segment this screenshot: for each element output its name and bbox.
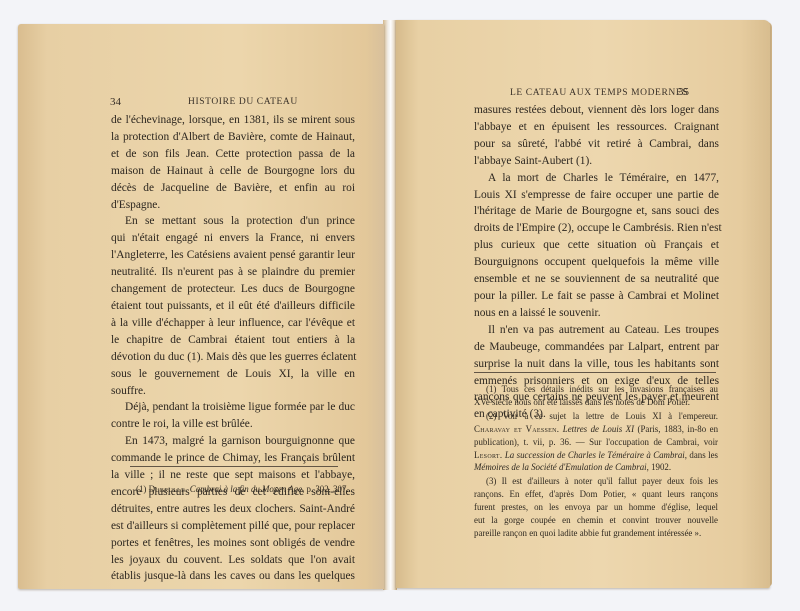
text-line: plus curieux que cette situation où Fran… (474, 237, 719, 254)
page-number: 34 (110, 96, 121, 108)
footnote-title: Lettres de Louis XI (563, 424, 634, 434)
running-head: HISTOIRE DU CATEAU (188, 97, 298, 107)
right-page: LE CATEAU AUX TEMPS MODERNES 35 masures … (396, 20, 770, 588)
text-line: le chapitre de Cambrai étaient tout enti… (111, 332, 355, 349)
text-line: A la mort de Charles le Téméraire, en 14… (474, 170, 719, 187)
footnote-1: (1) Dubrulle. Cambrai à la fin du Moyen … (136, 483, 366, 496)
text-line: souffre. (111, 383, 355, 400)
footnote-line: Charavay et Vaessen. Lettres de Louis XI… (474, 423, 718, 436)
footnote-line: rançons. En effet, d'après Dom Potier, «… (474, 488, 718, 501)
text-line: établis jusque-là dans les caves ou dans… (111, 568, 355, 585)
footnote-text: , dans les (685, 450, 718, 460)
text-line: dévotion du duc (1). Mais dès que les gu… (111, 349, 355, 366)
text-line: Il n'en va pas autrement au Cateau. Les … (474, 322, 719, 339)
footnote-marker: (1) (136, 484, 146, 494)
text-line: l'héritage de Marie de Bourgogne et, san… (474, 203, 719, 220)
text-line: surprise la nuit dans la ville, tous les… (474, 356, 719, 373)
text-line: de Maubeuge, commandées par Lalpart, ent… (474, 339, 719, 356)
text-line: pour la piller. Le fait se passe à Cambr… (474, 288, 719, 305)
footnote-line: XVe siècle nous ont été laissés dans les… (474, 396, 718, 409)
text-line: et de son fils Jean. Cette protection pa… (111, 146, 355, 163)
footnote-line: (1) Tous ces détails inédits sur les inv… (474, 383, 718, 396)
footnote-line: furent prestes, on les envoya par un hom… (474, 501, 718, 514)
right-footnotes: (1) Tous ces détails inédits sur les inv… (474, 383, 718, 540)
text-line: la protection d'Albert de Bavière, comte… (111, 129, 355, 146)
running-head: LE CATEAU AUX TEMPS MODERNES (510, 88, 688, 98)
text-line: Déjà, pendant la troisième ligue formée … (111, 399, 355, 416)
text-line: est d'ailleurs si complètement pillé que… (111, 518, 355, 535)
text-line: Louis XI s'empresse de faire occuper une… (474, 187, 719, 204)
footnote-1: (1) Tous ces détails inédits sur les inv… (474, 383, 718, 409)
text-line: de l'échevinage, lorsque, en 1381, ils s… (111, 112, 355, 129)
left-body-text: de l'échevinage, lorsque, en 1381, ils s… (111, 112, 355, 585)
footnote-line: Lesort. La succession de Charles le Témé… (474, 449, 718, 462)
text-line: ensemble et ne se souviennent de sa neut… (474, 271, 719, 288)
text-line: l'abbaye Saint-Aubert (1). (474, 153, 719, 170)
footnote-3: (3) Il est d'ailleurs à noter qu'il fall… (474, 475, 718, 540)
text-line: les joyaux du couvent. Les soldats que l… (111, 552, 355, 569)
text-line: décès de Jacqueline de Bavière, et enfin… (111, 180, 355, 197)
footnote-rule (130, 466, 338, 467)
footnote-author: Charavay et Vaessen. (474, 424, 559, 434)
footnote-title: Cambrai à la fin du Moyen Age (190, 484, 302, 494)
text-line: changement de protecteur. Les ducs de Bo… (111, 281, 355, 298)
text-line: à la ville d'échapper à leur influence, … (111, 315, 355, 332)
left-footnotes: (1) Dubrulle. Cambrai à la fin du Moyen … (136, 483, 366, 496)
text-line: Bourguignons occupent quelquefois la mêm… (474, 254, 719, 271)
text-line: détruites, entre autres les deux clocher… (111, 501, 355, 518)
footnote-line: pareille rançon en quoi ladite abbie fut… (474, 527, 718, 540)
text-line: masures restées debout, viennent dès lor… (474, 102, 719, 119)
text-line: droits de l'Empire (2), occupe le Cambré… (474, 220, 719, 237)
text-line: pour sa sûreté, l'abbé vit retiré à Camb… (474, 136, 719, 153)
right-body-text: masures restées debout, viennent dès lor… (474, 102, 719, 423)
text-line: sous le gouvernement de Louis XI, la vil… (111, 366, 355, 383)
footnote-line: eut la gorge coupée en chemin et convint… (474, 514, 718, 527)
text-line: En 1473, malgré la garnison bourguignonn… (111, 433, 355, 450)
footnote-pages: , p. 302, 307. (302, 484, 349, 494)
text-line: étaient tout puissants, et il eût été d'… (111, 298, 355, 315)
text-line: portes et fenêtres, les moines sont obli… (111, 535, 355, 552)
left-page: 34 HISTOIRE DU CATEAU de l'échevinage, l… (18, 24, 384, 589)
footnote-author: Dubrulle. (149, 484, 188, 494)
footnote-line: Mémoires de la Société d'Emulation de Ca… (474, 461, 718, 474)
footnote-text: (Paris, 1883, in-8o en (634, 424, 718, 434)
text-line: En se mettant sous la protection d'un pr… (111, 213, 355, 230)
footnote-line: (2) Voir à ce sujet la lettre de Louis X… (474, 410, 718, 423)
footnote-title: La succession de Charles le Téméraire à … (505, 450, 685, 460)
text-line: nous en a laissé le souvenir. (474, 305, 719, 322)
text-line: l'abbaye et en épuisent les ressources. … (474, 119, 719, 136)
text-line: contre le roi, la ville est brûlée. (111, 416, 355, 433)
footnote-title: Mémoires de la Société d'Emulation de Ca… (474, 462, 647, 472)
text-line: d'Espagne. (111, 197, 355, 214)
footnote-2: (2) Voir à ce sujet la lettre de Louis X… (474, 410, 718, 475)
footnote-line: publication), t. vii, p. 36. — Sur l'occ… (474, 436, 718, 449)
text-line: maison de Hainaut à celle de Bourgogne l… (111, 163, 355, 180)
text-line: commande le prince de Chimay, les França… (111, 450, 355, 467)
footnote-line: (3) Il est d'ailleurs à noter qu'il fall… (474, 475, 718, 488)
page-number: 35 (678, 86, 689, 98)
text-line: neutralité. Ils n'eurent pas à se plaind… (111, 264, 355, 281)
text-line: qui n'était engagé ni envers la France, … (111, 230, 355, 247)
text-line: la ville ; il ne reste que sept maisons … (111, 467, 355, 484)
footnote-rule (474, 372, 716, 373)
footnote-author: Lesort. (474, 450, 502, 460)
text-line: l'Angleterre, les Catésiens avaient pens… (111, 247, 355, 264)
book-gutter (383, 20, 397, 590)
footnote-text: , 1902. (647, 462, 671, 472)
